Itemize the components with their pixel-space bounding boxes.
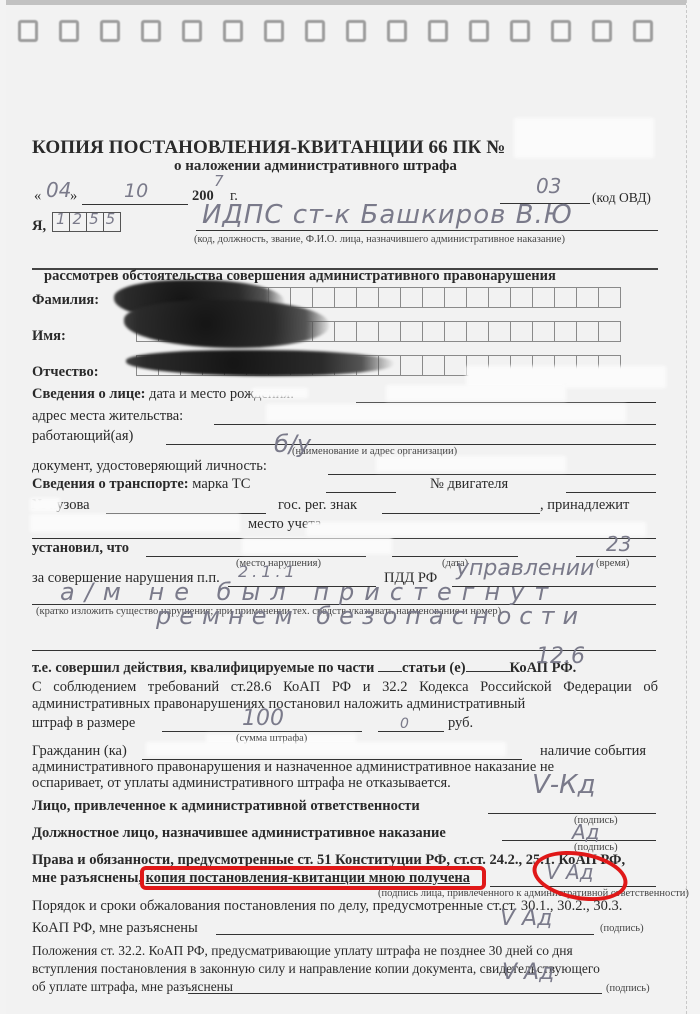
letter-cell[interactable] xyxy=(532,287,555,308)
place-line xyxy=(146,556,366,557)
letter-cell[interactable] xyxy=(444,321,467,342)
fine-kop: 0 xyxy=(400,716,409,732)
vehicle-make-line xyxy=(326,492,396,493)
ovd-code-label: (код ОВД) xyxy=(592,190,651,206)
perforation-hole xyxy=(141,20,161,42)
citizen-tail: наличие события xyxy=(540,743,646,760)
officer-line xyxy=(196,230,658,231)
letter-cell[interactable] xyxy=(400,321,423,342)
appeal-signature: V Ад xyxy=(500,906,552,931)
letter-cell[interactable] xyxy=(334,321,357,342)
surname-label: Фамилия: xyxy=(32,292,99,309)
date-open-quote: « xyxy=(34,188,41,205)
redaction-birth-value xyxy=(386,385,566,401)
date-close-quote: » xyxy=(70,188,77,205)
person-info-bold-label: Сведения о лице: xyxy=(32,386,145,402)
document-title: КОПИЯ ПОСТАНОВЛЕНИЯ-КВИТАНЦИИ 66 ПК № xyxy=(32,137,505,159)
perforation-hole xyxy=(305,20,325,42)
letter-cell[interactable] xyxy=(532,321,555,342)
perforation-hole xyxy=(633,20,653,42)
officer-code-digits: 1255 xyxy=(56,210,122,228)
letter-cell[interactable] xyxy=(378,321,401,342)
officer-prefix: Я, xyxy=(32,218,46,235)
fine-amount-line xyxy=(162,731,362,732)
officer-caption: (код, должность, звание, Ф.И.О. лица, на… xyxy=(194,234,565,245)
transport-line: Сведения о транспорте: марка ТС xyxy=(32,476,250,493)
date-month: 10 xyxy=(124,180,148,202)
redaction-citizen xyxy=(146,742,506,756)
owner-label: , принадлежит xyxy=(540,497,629,514)
id-document-handwritten: б/у xyxy=(274,430,311,458)
red-highlight-copy-received xyxy=(140,866,486,890)
redaction-owner xyxy=(30,514,240,532)
letter-cell[interactable] xyxy=(488,287,511,308)
payment-signature-caption: (подпись) xyxy=(606,983,650,994)
appeal-signature-line[interactable] xyxy=(216,934,594,935)
officer-handwritten: ИДПС ст-к Башкиров В.Ю xyxy=(202,200,573,230)
letter-cell[interactable] xyxy=(576,287,599,308)
letter-cell[interactable] xyxy=(422,355,445,376)
fine-label: штраф в размере xyxy=(32,715,135,732)
tear-edge xyxy=(6,0,686,5)
letter-cell[interactable] xyxy=(356,321,379,342)
code-digit: 5 xyxy=(106,210,123,228)
work-label: работающий(ая) xyxy=(32,428,133,445)
liable-person-label: Лицо, привлеченное к административной от… xyxy=(32,798,420,815)
redaction-birth xyxy=(252,388,308,398)
payment-signature-line[interactable] xyxy=(188,993,602,994)
violation-handwritten-3: ремнем безопасности xyxy=(156,602,586,630)
address-label: адрес места жительства: xyxy=(32,408,183,425)
perforation-hole xyxy=(59,20,79,42)
vehicle-make-label: марка ТС xyxy=(192,476,250,492)
letter-cell[interactable] xyxy=(334,287,357,308)
transport-bold-label: Сведения о транспорте: xyxy=(32,476,189,492)
letter-cell[interactable] xyxy=(422,287,445,308)
letter-cell[interactable] xyxy=(554,287,577,308)
engine-label: № двигателя xyxy=(430,476,508,493)
letter-cell[interactable] xyxy=(598,287,621,308)
letter-cell[interactable] xyxy=(422,321,445,342)
letter-cell[interactable] xyxy=(554,321,577,342)
letter-cell[interactable] xyxy=(400,355,423,376)
perforation-hole xyxy=(223,20,243,42)
scanned-document-page: КОПИЯ ПОСТАНОВЛЕНИЯ-КВИТАНЦИИ 66 ПК № о … xyxy=(6,0,687,1014)
letter-cell[interactable] xyxy=(466,287,489,308)
patronymic-label: Отчество: xyxy=(32,364,99,381)
perforation-hole xyxy=(510,20,530,42)
perforation-strip xyxy=(6,0,686,50)
redaction-address xyxy=(266,404,626,422)
rights-line-2-start: мне разъяснены, xyxy=(32,870,142,886)
letter-cell[interactable] xyxy=(576,321,599,342)
citizen-line-3: оспаривает, от уплаты административного … xyxy=(32,775,451,792)
perforation-hole xyxy=(346,20,366,42)
perforation-hole xyxy=(100,20,120,42)
perforation-hole xyxy=(264,20,284,42)
payment-line-1: Положения ст. 32.2. КоАП РФ, предусматри… xyxy=(32,943,573,959)
fine-kop-line xyxy=(378,731,444,732)
letter-cell[interactable] xyxy=(488,321,511,342)
address-line xyxy=(214,424,656,425)
id-document-label: документ, удостоверяющий личность: xyxy=(32,458,267,475)
engine-line xyxy=(566,492,656,493)
letter-cell[interactable] xyxy=(510,287,533,308)
letter-cell[interactable] xyxy=(312,287,335,308)
id-document-line xyxy=(328,474,656,475)
letter-cell[interactable] xyxy=(378,287,401,308)
payment-signature: V Ад xyxy=(502,960,554,985)
letter-cell[interactable] xyxy=(510,321,533,342)
letter-cell[interactable] xyxy=(400,287,423,308)
firstname-label: Имя: xyxy=(32,328,66,345)
perforation-hole xyxy=(428,20,448,42)
citizen-label: Гражданин (ка) xyxy=(32,743,127,760)
code-digit: 2 xyxy=(73,210,90,228)
work-line xyxy=(166,444,656,445)
article-handwritten: 12.6 xyxy=(536,644,585,669)
perforation-hole xyxy=(182,20,202,42)
redacted-number xyxy=(514,118,654,158)
time-handwritten: 23 xyxy=(606,532,631,556)
letter-cell[interactable] xyxy=(444,287,467,308)
citizen-line-2: административного правонарушения и назна… xyxy=(32,759,554,776)
established-label: установил, что xyxy=(32,540,129,557)
month-line xyxy=(82,204,188,205)
letter-cell[interactable] xyxy=(598,321,621,342)
official-signature: Ад xyxy=(572,820,600,844)
qualification-paragraph: С соблюдением требований ст.28.6 КоАП РФ… xyxy=(32,679,658,713)
redaction-id xyxy=(376,456,566,472)
appeal-line-2: КоАП РФ, мне разъяснены xyxy=(32,920,198,937)
perforation-hole xyxy=(18,20,38,42)
fine-handwritten: 100 xyxy=(242,706,284,731)
liable-signature: V‑Кд xyxy=(532,770,596,800)
code-digit: 5 xyxy=(89,210,106,228)
ovd-code-value: 03 xyxy=(536,174,561,198)
qualification-text: т.е. совершил действия, квалифицируемые … xyxy=(32,660,374,676)
year-handwritten: 7 xyxy=(214,172,224,190)
redaction-place xyxy=(242,538,392,554)
birth-line xyxy=(356,402,656,403)
appeal-signature-caption: (подпись) xyxy=(600,923,644,934)
date-day: 04 xyxy=(46,178,71,202)
perforation-hole xyxy=(387,20,407,42)
plate-line xyxy=(382,513,540,514)
code-digit: 1 xyxy=(56,210,73,228)
redaction-body-prefix xyxy=(30,498,60,512)
qualification-line: т.е. совершил действия, квалифицируемые … xyxy=(32,660,576,677)
letter-cell[interactable] xyxy=(466,321,489,342)
perforation-hole xyxy=(592,20,612,42)
official-label: Должностное лицо, назначившее администра… xyxy=(32,825,446,842)
letter-cell[interactable] xyxy=(444,355,467,376)
liable-signature-line[interactable] xyxy=(488,813,656,814)
redaction-registration xyxy=(306,522,646,536)
time-caption: (время) xyxy=(596,558,629,569)
letter-cell[interactable] xyxy=(356,287,379,308)
plate-label: гос. рег. знак xyxy=(278,497,357,514)
fine-currency: руб. xyxy=(448,715,473,732)
section-heading: рассмотрев обстоятельства совершения адм… xyxy=(44,268,556,285)
perforation-hole xyxy=(469,20,489,42)
perforation-hole xyxy=(551,20,571,42)
article-label: статьи (е) xyxy=(402,660,465,676)
